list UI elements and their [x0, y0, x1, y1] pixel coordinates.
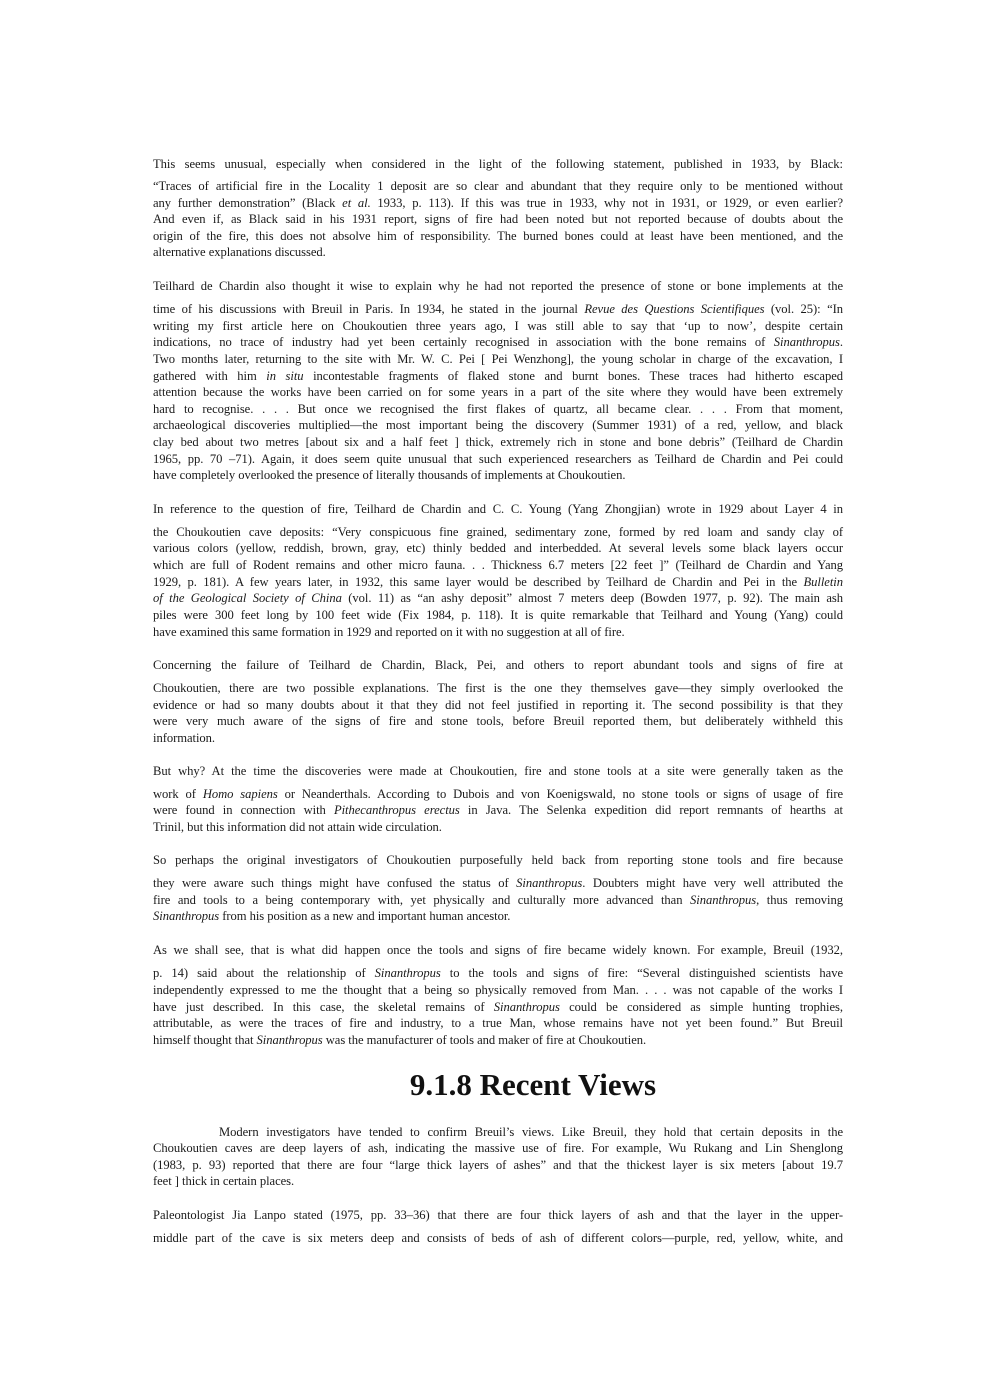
text-line: p. 14) said about the relationship of Si…	[153, 965, 843, 981]
text-line: Modern investigators have tended to conf…	[153, 1124, 843, 1140]
text-line: alternative explanations discussed.	[153, 244, 843, 260]
text-line: Trinil, but this information did not att…	[153, 819, 843, 835]
text-line: were found in connection with Pithecanth…	[153, 802, 843, 818]
text-line: Choukoutien caves are deep layers of ash…	[153, 1140, 843, 1156]
text-line: the Choukoutien cave deposits: “Very con…	[153, 524, 843, 540]
text-line: So perhaps the original investigators of…	[153, 852, 843, 868]
text-line: attention because the works have been ca…	[153, 384, 843, 400]
text-line: Teilhard de Chardin also thought it wise…	[153, 278, 843, 294]
text-line: feet ] thick in certain places.	[153, 1173, 843, 1189]
text-line: archaeological discoveries multiplied—th…	[153, 417, 843, 433]
text-line: attributable, as were the traces of fire…	[153, 1015, 843, 1031]
text-line: In reference to the question of fire, Te…	[153, 501, 843, 517]
text-line: middle part of the cave is six meters de…	[153, 1230, 843, 1246]
text-line: Two months later, returning to the site …	[153, 351, 843, 367]
text-line: Paleontologist Jia Lanpo stated (1975, p…	[153, 1207, 843, 1223]
text-line: piles were 300 feet long by 100 feet wid…	[153, 607, 843, 623]
text-line: have examined this same formation in 192…	[153, 624, 843, 640]
text-line: And even if, as Black said in his 1931 r…	[153, 211, 843, 227]
text-line: This seems unusual, especially when cons…	[153, 156, 843, 172]
text-line: various colors (yellow, reddish, brown, …	[153, 540, 843, 556]
section-heading: 9.1.8 Recent Views	[33, 1066, 1000, 1104]
text-line: clay bed about two metres [about six and…	[153, 434, 843, 450]
text-line: gathered with him in situ incontestable …	[153, 368, 843, 384]
text-line: time of his discussions with Breuil in P…	[153, 301, 843, 317]
text-line: work of Homo sapiens or Neanderthals. Ac…	[153, 786, 843, 802]
text-line: Choukoutien, there are two possible expl…	[153, 680, 843, 696]
text-line: they were aware such things might have c…	[153, 875, 843, 891]
text-line: But why? At the time the discoveries wer…	[153, 763, 843, 779]
text-line: As we shall see, that is what did happen…	[153, 942, 843, 958]
text-line: were very much aware of the signs of fir…	[153, 713, 843, 729]
text-line: “Traces of artificial fire in the Locali…	[153, 178, 843, 194]
text-line: 1929, p. 181). A few years later, in 193…	[153, 574, 843, 590]
text-line: writing my first article here on Choukou…	[153, 318, 843, 334]
text-line: Concerning the failure of Teilhard de Ch…	[153, 657, 843, 673]
text-line: indications, no trace of industry had ye…	[153, 334, 843, 350]
text-line: independently expressed to me the though…	[153, 982, 843, 998]
text-line: any further demonstration” (Black et al.…	[153, 195, 843, 211]
text-line: have just described. In this case, the s…	[153, 999, 843, 1015]
text-line: which are full of Rodent remains and oth…	[153, 557, 843, 573]
text-line: himself thought that Sinanthropus was th…	[153, 1032, 843, 1048]
text-line: Sinanthropus from his position as a new …	[153, 908, 843, 924]
text-line: (1983, p. 93) reported that there are fo…	[153, 1157, 843, 1173]
text-line: evidence or had so many doubts about it …	[153, 697, 843, 713]
text-line: hard to recognise. . . . But once we rec…	[153, 401, 843, 417]
text-line: have completely overlooked the presence …	[153, 467, 843, 483]
text-line: origin of the fire, this does not absolv…	[153, 228, 843, 244]
text-line: information.	[153, 730, 843, 746]
text-line: fire and tools to a being contemporary w…	[153, 892, 843, 908]
text-line: of the Geological Society of China (vol.…	[153, 590, 843, 606]
text-line: 1965, pp. 70 –71). Again, it does seem q…	[153, 451, 843, 467]
